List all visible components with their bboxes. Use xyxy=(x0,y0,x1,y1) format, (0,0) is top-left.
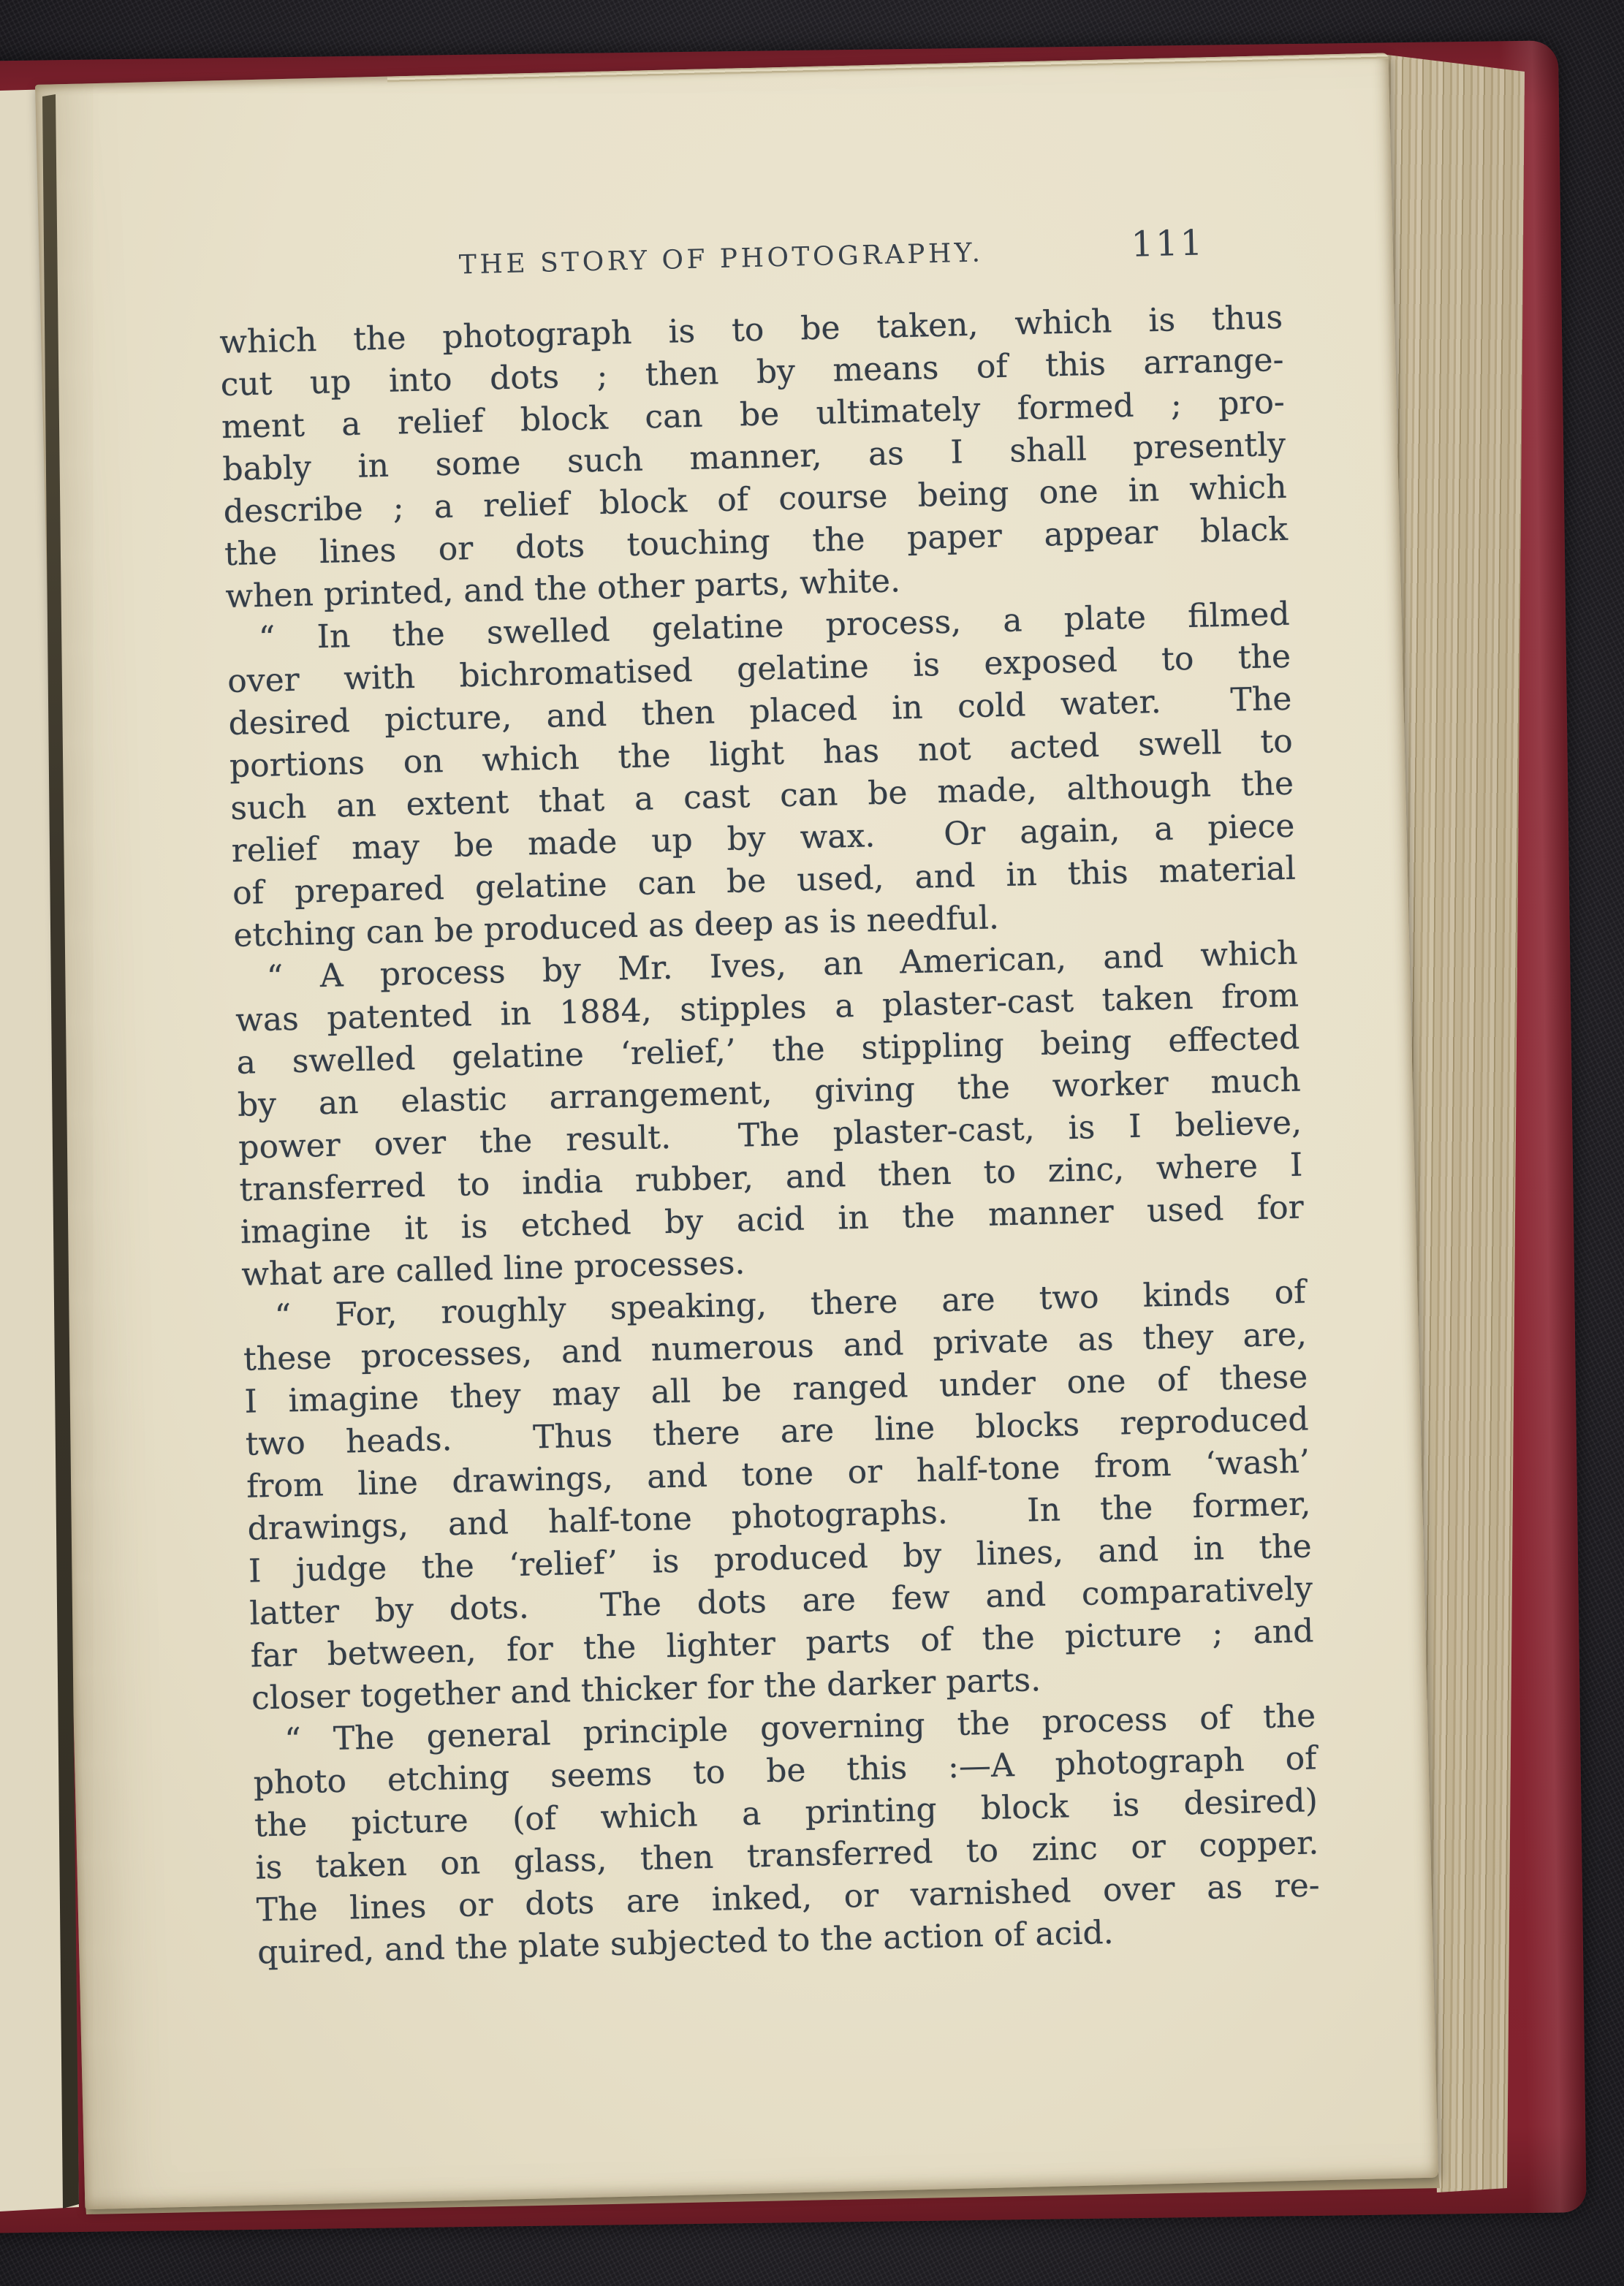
page-text: which the photograph is to be taken, whi… xyxy=(219,297,1321,1975)
page-header-row: THE STORY OF PHOTOGRAPHY. 111 xyxy=(217,221,1281,297)
page-number: 111 xyxy=(1131,222,1205,265)
running-header: THE STORY OF PHOTOGRAPHY. xyxy=(458,238,983,281)
text-column: THE STORY OF PHOTOGRAPHY. 111 which the … xyxy=(217,221,1281,297)
book-page: THE STORY OF PHOTOGRAPHY. 111 which the … xyxy=(35,53,1438,2209)
